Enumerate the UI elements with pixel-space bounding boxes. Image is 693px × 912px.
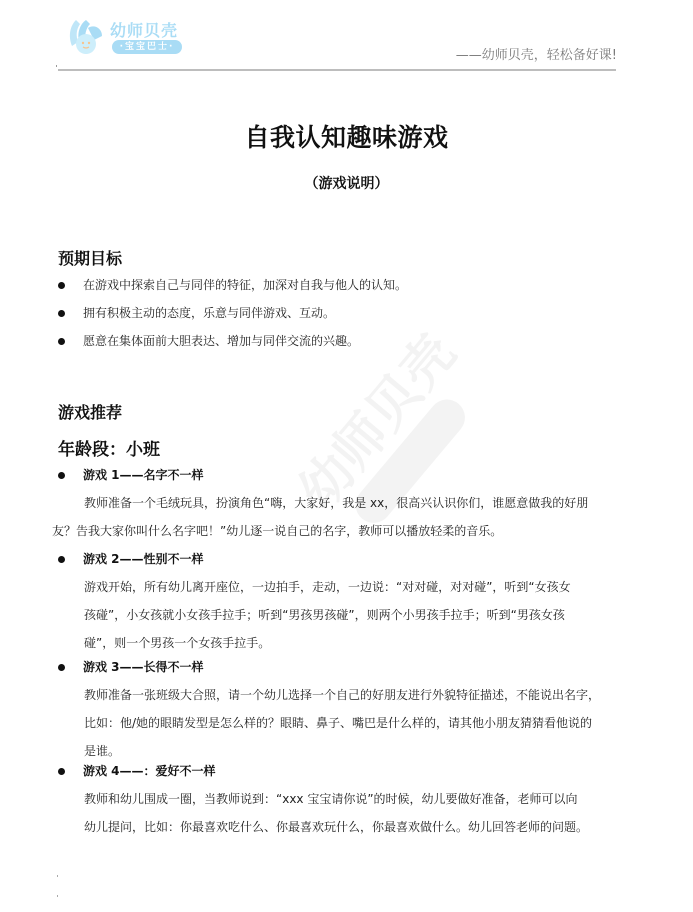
- game-description-line: 教师和幼儿围成一圈，当教师说到：“xxx 宝宝请你说”的时候，幼儿要做好准备，老…: [84, 785, 600, 813]
- margin-mark: [57, 875, 58, 877]
- game-description-line: 是谁。: [84, 737, 600, 765]
- header-divider: [58, 69, 616, 71]
- goal-item: 愿意在集体面前大胆表达、增加与同伴交流的兴趣。: [83, 332, 359, 349]
- bullet-icon: [58, 768, 65, 775]
- goal-item: 拥有积极主动的态度，乐意与同伴游戏、互动。: [83, 304, 335, 321]
- game-description: 教师准备一张班级大合照，请一个幼儿选择一个自己的好朋友进行外貌特征描述，不能说出…: [84, 681, 600, 765]
- game-description-line: 教师准备一张班级大合照，请一个幼儿选择一个自己的好朋友进行外貌特征描述，不能说出…: [84, 681, 600, 709]
- goals-heading: 预期目标: [58, 246, 122, 269]
- games-heading: 游戏推荐: [58, 400, 122, 423]
- bullet-icon: [58, 282, 65, 289]
- brand-logo: 幼师贝壳 ·宝宝巴士·: [66, 14, 196, 56]
- bullet-icon: [58, 338, 65, 345]
- margin-mark: [57, 895, 58, 897]
- header-mark: [56, 65, 57, 67]
- game-description: 教师和幼儿围成一圈，当教师说到：“xxx 宝宝请你说”的时候，幼儿要做好准备，老…: [84, 785, 600, 841]
- game-title: 游戏 3——长得不一样: [83, 658, 204, 675]
- bullet-icon: [58, 556, 65, 563]
- document-subtitle: （游戏说明）: [0, 173, 693, 193]
- header-tagline: ——幼师贝壳，轻松备好课!: [456, 44, 617, 63]
- age-group-heading: 年龄段：小班: [58, 435, 160, 460]
- game-description-line: 碰”，则一个男孩一个女孩手拉手。: [84, 629, 600, 657]
- game-title: 游戏 1——名字不一样: [83, 466, 204, 483]
- game-description: 教师准备一个毛绒玩具，扮演角色“嗨，大家好，我是 xx，很高兴认识你们，谁愿意做…: [68, 489, 600, 545]
- bullet-icon: [58, 472, 65, 479]
- logo-badge: ·宝宝巴士·: [112, 40, 182, 54]
- game-description-line: 友？告我大家你叫什么名字吧！”幼儿逐一说自己的名字，教师可以播放轻柔的音乐。: [52, 517, 600, 545]
- game-description-line: 比如：他/她的眼睛发型是怎么样的？眼睛、鼻子、嘴巴是什么样的，请其他小朋友猜猜看…: [84, 709, 600, 737]
- game-description-line: 幼儿提问，比如：你最喜欢吃什么、你最喜欢玩什么，你最喜欢做什么。幼儿回答老师的问…: [84, 813, 600, 841]
- bullet-icon: [58, 310, 65, 317]
- logo-wordmark: 幼师贝壳: [110, 18, 178, 41]
- game-description-line: 教师准备一个毛绒玩具，扮演角色“嗨，大家好，我是 xx，很高兴认识你们，谁愿意做…: [68, 489, 600, 517]
- goal-item: 在游戏中探索自己与同伴的特征，加深对自我与他人的认知。: [83, 276, 407, 293]
- document-title: 自我认知趣味游戏: [0, 118, 693, 154]
- bullet-icon: [58, 664, 65, 671]
- shell-mascot-icon: [66, 16, 106, 56]
- game-title: 游戏 4——：爱好不一样: [83, 762, 216, 779]
- game-description-line: 孩碰”，小女孩就小女孩手拉手；听到“男孩男孩碰”，则两个小男孩手拉手；听到“男孩…: [84, 601, 600, 629]
- game-description-line: 游戏开始，所有幼儿离开座位，一边拍手，走动，一边说：“对对碰，对对碰”，听到“女…: [84, 573, 600, 601]
- game-description: 游戏开始，所有幼儿离开座位，一边拍手，走动，一边说：“对对碰，对对碰”，听到“女…: [84, 573, 600, 657]
- game-title: 游戏 2——性别不一样: [83, 550, 204, 567]
